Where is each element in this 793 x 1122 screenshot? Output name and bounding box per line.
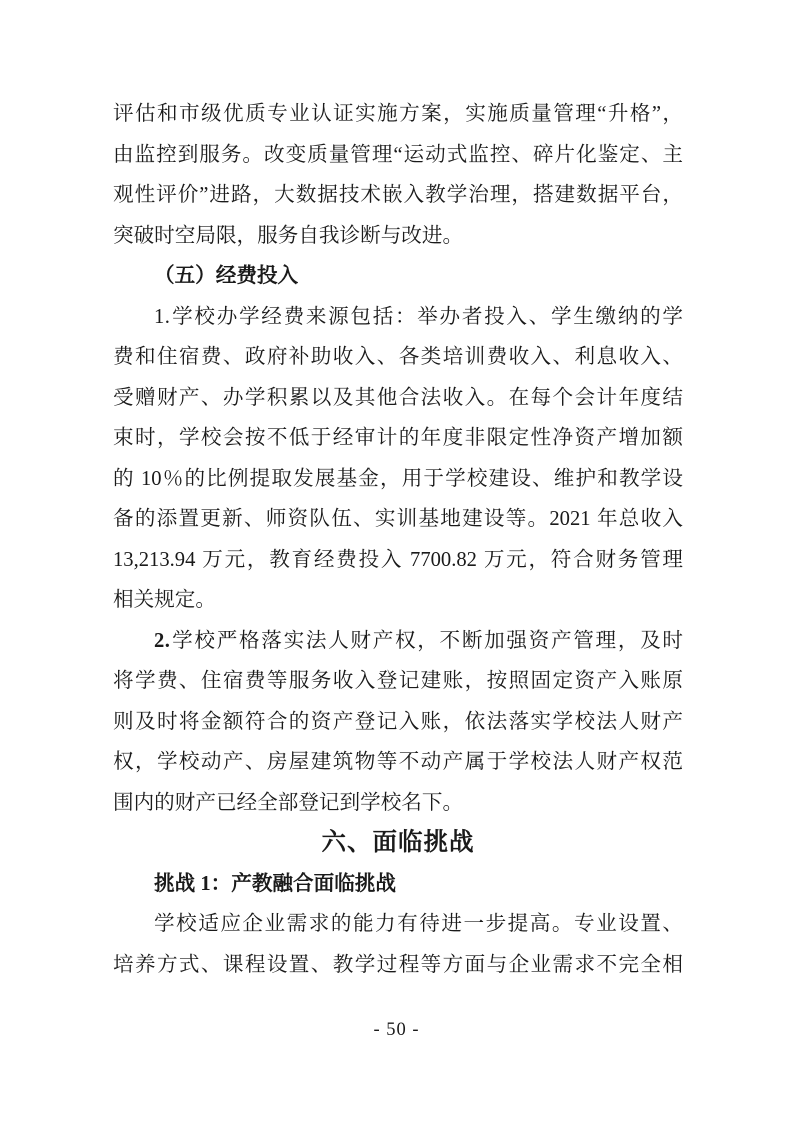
text-line: 备的添置更新、师资队伍、实训基地建设等。2021 年总收入 — [113, 499, 683, 540]
text-line: 突破时空局限，服务自我诊断与改进。 — [113, 216, 683, 257]
text-line: 培养方式、课程设置、教学过程等方面与企业需求不完全相 — [113, 945, 683, 986]
text-line: 评估和市级优质专业认证实施方案，实施质量管理“升格”， — [113, 94, 683, 135]
line-text: 学校办学经费来源包括：举办者投入、学生缴纳的学 — [170, 306, 683, 328]
page-content: 评估和市级优质专业认证实施方案，实施质量管理“升格”， 由监控到服务。改变质量管… — [113, 94, 683, 985]
section-heading-funding: （五）经费投入 — [113, 256, 683, 297]
line-text: 学校严格落实法人财产权，不断加强资产管理，及时 — [170, 630, 683, 652]
page-number: - 50 - — [0, 1020, 793, 1041]
text-line: 观性评价”进路，大数据技术嵌入教学治理，搭建数据平台， — [113, 175, 683, 216]
text-line: 13,213.94 万元，教育经费投入 7700.82 万元，符合财务管理 — [113, 540, 683, 581]
text-line: 学校适应企业需求的能力有待进一步提高。专业设置、 — [113, 904, 683, 945]
text-line: 的 10％的比例提取发展基金，用于学校建设、维护和教学设 — [113, 459, 683, 500]
text-line: 受赠财产、办学积累以及其他合法收入。在每个会计年度结 — [113, 378, 683, 419]
list-number: 1. — [154, 306, 170, 328]
chapter-heading-challenges: 六、面临挑战 — [113, 823, 683, 864]
text-line: 费和住宿费、政府补助收入、各类培训费收入、利息收入、 — [113, 337, 683, 378]
list-number-bold: 2. — [154, 630, 170, 652]
challenge-1-heading: 挑战 1：产教融合面临挑战 — [113, 864, 683, 905]
text-line: 则及时将金额符合的资产登记入账，依法落实学校法人财产 — [113, 702, 683, 743]
document-page: 评估和市级优质专业认证实施方案，实施质量管理“升格”， 由监控到服务。改变质量管… — [0, 0, 793, 1122]
text-line: 将学费、住宿费等服务收入登记建账，按照固定资产入账原 — [113, 661, 683, 702]
text-line: 相关规定。 — [113, 580, 683, 621]
text-line: 围内的财产已经全部登记到学校名下。 — [113, 783, 683, 824]
text-line: 权，学校动产、房屋建筑物等不动产属于学校法人财产权范 — [113, 742, 683, 783]
text-line: 由监控到服务。改变质量管理“运动式监控、碎片化鉴定、主 — [113, 135, 683, 176]
text-line: 1.学校办学经费来源包括：举办者投入、学生缴纳的学 — [113, 297, 683, 338]
text-line: 束时，学校会按不低于经审计的年度非限定性净资产增加额 — [113, 418, 683, 459]
text-line: 2.学校严格落实法人财产权，不断加强资产管理，及时 — [113, 621, 683, 662]
